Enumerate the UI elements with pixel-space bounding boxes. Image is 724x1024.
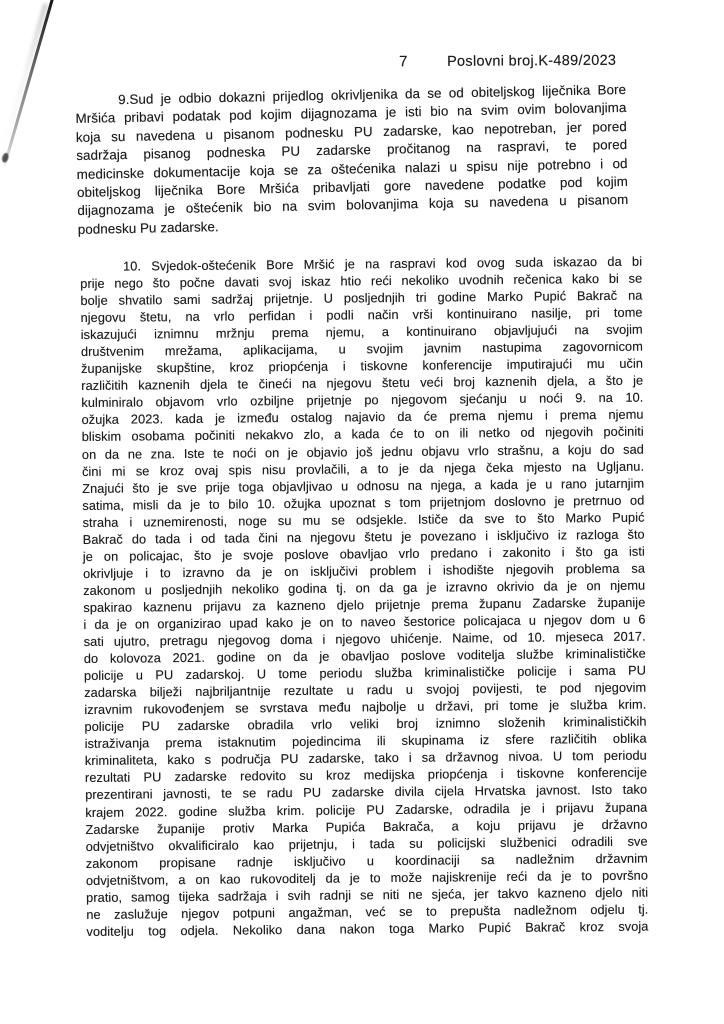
- page-number: 7: [399, 53, 408, 70]
- case-reference: Poslovni broj.K-489/2023: [447, 53, 616, 70]
- document-page: 7 Poslovni broj.K-489/2023 9.Sud je odbi…: [0, 0, 724, 1024]
- scan-crease-artifact: [2, 0, 57, 169]
- paragraph-10: 10. Svjedok-oštećenik Bore Mršić je na r…: [80, 253, 649, 940]
- paragraph-9: 9.Sud je odbio dokazni prijedlog okrivlj…: [75, 81, 629, 239]
- page-header: 7 Poslovni broj.K-489/2023: [0, 51, 724, 56]
